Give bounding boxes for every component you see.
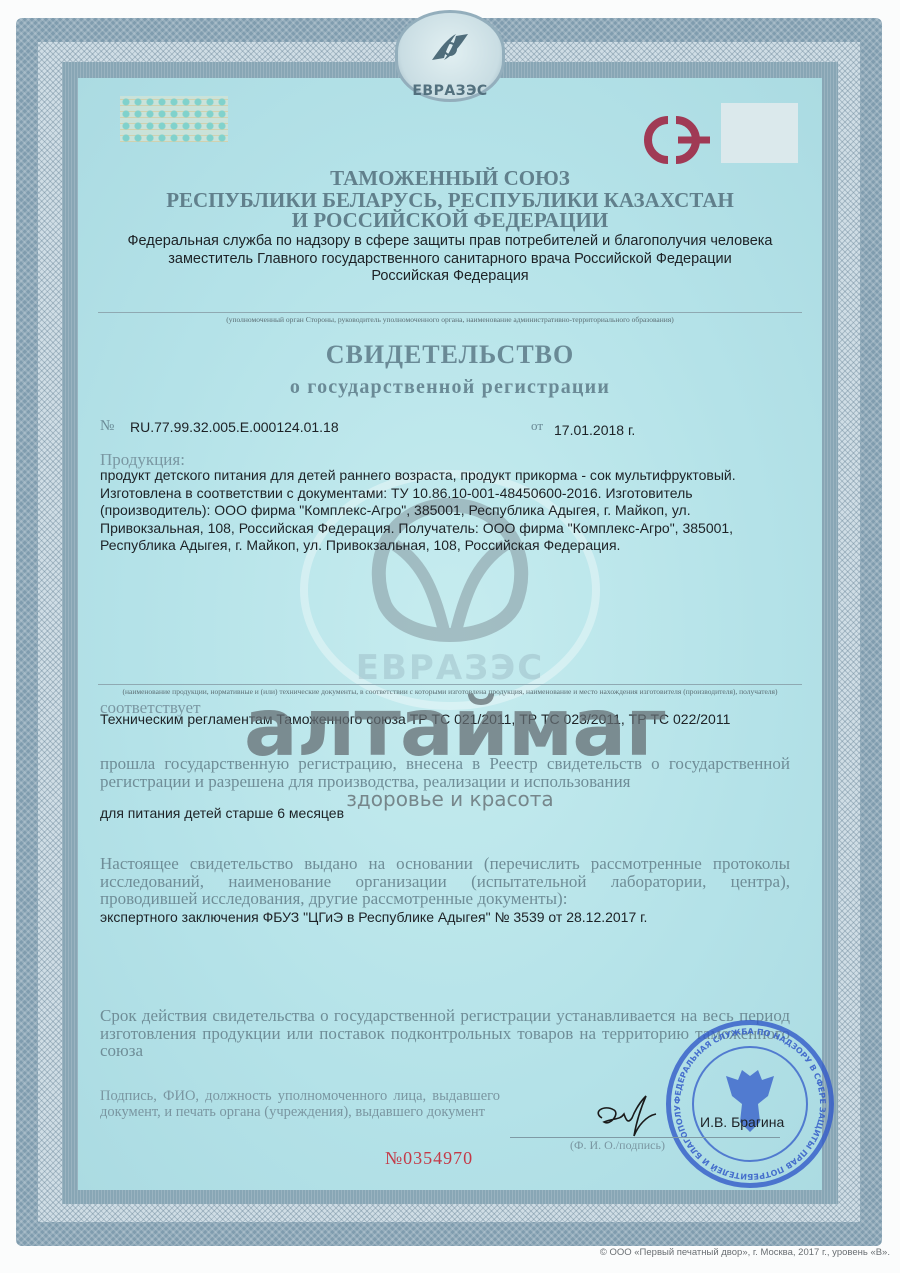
registration-date: 17.01.2018 г. xyxy=(554,422,635,438)
product-description: продукт детского питания для детей ранне… xyxy=(100,467,790,555)
registration-statement: прошла государственную регистрацию, внес… xyxy=(100,755,790,790)
authority-line-2: заместитель Главного государственного са… xyxy=(98,251,802,267)
product-line: Республика Адыгея, г. Майкоп, ул. Привок… xyxy=(100,537,790,555)
product-line: (производитель): ООО фирма "Комплекс-Агр… xyxy=(100,502,790,520)
number-label: № xyxy=(100,418,114,435)
blank-serial-number: №0354970 xyxy=(385,1148,473,1169)
printer-note: © ООО «Первый печатный двор», г. Москва,… xyxy=(600,1247,890,1258)
authority-line-3: Российская Федерация xyxy=(98,268,802,284)
date-label: от xyxy=(531,418,543,434)
authority-line-1: Федеральная служба по надзору в сфере за… xyxy=(98,233,802,249)
hologram-strip xyxy=(120,96,228,142)
product-line: Привокзальная, 108, Российская Федерация… xyxy=(100,520,790,538)
eurasec-emblem-icon xyxy=(430,30,470,64)
certificate-title: СВИДЕТЕЛЬСТВО xyxy=(150,340,750,370)
basis-document: экспертного заключения ФБУЗ "ЦГиЭ в Респ… xyxy=(100,909,790,927)
usage-conditions: для питания детей старше 6 месяцев xyxy=(100,805,790,823)
signature-line-caption: (Ф. И. О./подпись) xyxy=(570,1138,665,1153)
signature-caption: Подпись, ФИО, должность уполномоченного … xyxy=(100,1088,500,1120)
handwritten-signature xyxy=(590,1090,670,1140)
basis-statement: Настоящее свидетельство выдано на основа… xyxy=(100,855,790,908)
conformity-mark-icon xyxy=(632,108,718,172)
registration-number: RU.77.99.32.005.E.000124.01.18 xyxy=(130,419,339,435)
authority-caption: (уполномоченный орган Стороны, руководит… xyxy=(98,312,802,324)
signer-name: И.В. Брагина xyxy=(700,1114,784,1130)
customs-union-title-line3: И РОССИЙСКОЙ ФЕДЕРАЦИИ xyxy=(150,208,750,233)
product-line: Изготовлена в соответствии с документами… xyxy=(100,485,790,503)
hologram-window xyxy=(721,103,798,163)
product-line: продукт детского питания для детей ранне… xyxy=(100,467,790,485)
eurasec-emblem-label: ЕВРАЗЭС xyxy=(395,83,505,99)
certificate-subtitle: о государственной регистрации xyxy=(150,376,750,399)
